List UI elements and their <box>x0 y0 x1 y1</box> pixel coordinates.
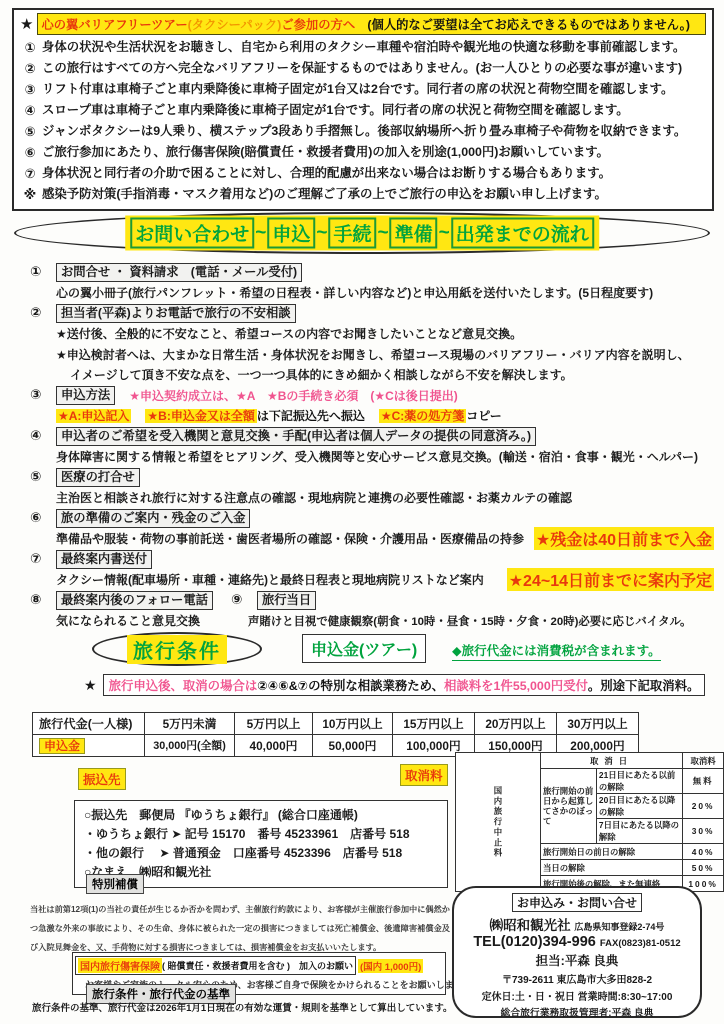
special-compensation-text: 当社は前第12項(1)の当社の責任が生じるか否かを問わず、主催旅行約款により、お… <box>30 900 450 957</box>
cancellation-fee-table: 国内旅行中止料 取消日 取消料 旅行開始の前日から起算してさかのぼって 21日目… <box>455 752 724 892</box>
flow-step-5: ⑤医療の打合せ <box>30 467 718 488</box>
step-number: ③ <box>30 387 56 403</box>
item-text: 感染予防対策(手指消毒・マスク着用など)のご理解ご了承の上でご旅行の申込をお願い… <box>42 184 607 205</box>
cancel-notice-p4: 。別途下記取消料。 <box>588 679 700 693</box>
step-text: 声賭けと目視で健康観察(朝食・10時・昼食・15時・夕食・20時)必要に応じバイ… <box>248 613 691 629</box>
flow-step-4: ④申込者のご希望を受入機関と意見交換・手配(申込者は個人データの提供の同意済み。… <box>30 426 718 447</box>
cancel-when-cell: 20日目にあたる以降の解除 <box>596 794 682 819</box>
banner-seg-prepare: 準備 <box>390 218 438 249</box>
item-text: 身体の状況や生活状況をお聴きし、自宅から利用のタクシー車種や宿泊時や観光地の快適… <box>42 37 685 58</box>
step-note: ★申込契約成立は、★A ★Bの手続き必須 (★Cは後日提出) <box>129 387 458 404</box>
transfer-line: ○振込先 郵便局 『ゆうちょ銀行』 (総合口座通帳) <box>84 806 438 825</box>
cancel-notice-text: 旅行申込後、取消の場合は②④⑥&⑦の特別な相談業務ため、相談料を1件55,000… <box>103 674 706 696</box>
item-text: 身体状況と同行者の介助で困ることに対し、合理的配慮が出来ない場合はお断りする場合… <box>42 163 611 184</box>
tag-c: ★C:薬の処方箋 <box>379 409 466 423</box>
step-text: 心の翼小冊子(旅行パンフレット・希望の日程表・詳しい内容など)と申込用紙を送付い… <box>56 284 653 301</box>
cancel-when-cell: 旅行開始日の前日の解除 <box>541 844 683 860</box>
step-heading: 旅の準備のご案内・残金のご入金 <box>56 509 250 528</box>
flow-step-1: ①お問合せ ・ 資料請求 (電話・メール受付) <box>30 262 718 283</box>
notice-item: ⑥ご旅行参加にあたり、旅行傷害保険(賠償責任・救援者費用)の加入を別途(1,00… <box>18 142 706 163</box>
item-number: ⑥ <box>18 142 42 163</box>
top-title-row: ★ 心の翼バリアフリーツアー(タクシーパック)ご参加の方へ (個人的なご要望は全… <box>18 13 706 35</box>
phone-number: TEL(0120)394-996 <box>473 934 596 950</box>
fee-row-label-cell: 申込金 <box>33 735 145 757</box>
banner-strip: お問い合わせ ~ 申込 ~ 手続 ~ 準備 ~ 出発までの流れ <box>125 216 599 251</box>
cancel-group-label: 旅行開始の前日から起算してさかのぼって <box>541 769 597 844</box>
step-number: ⑦ <box>30 551 56 567</box>
step-number: ④ <box>30 428 56 444</box>
item-number: ① <box>18 37 42 58</box>
banner-separator: ~ <box>377 222 390 244</box>
fee-header-cell: 15万円以上 <box>393 713 475 735</box>
flow-step-7: ⑦最終案内書送付 <box>30 549 718 570</box>
fee-header-cell: 30万円以上 <box>557 713 639 735</box>
cancel-fee-cell: 無料 <box>683 769 724 794</box>
application-fee-chip: 申込金 <box>39 738 85 754</box>
cancel-date-header: 取消日 <box>541 753 683 769</box>
step-text: 身体障害に関する情報と希望をヒアリング、受入機関等と安心サービス意見交換。(輸送… <box>56 448 698 465</box>
fee-header-cell: 旅行代金(一人様) <box>33 713 145 735</box>
step-text: タクシー情報(配車場所・車種・連絡先)と最終日程表と現地病院リストなど案内 <box>56 571 484 588</box>
step-heading: 最終案内後のフォロー電話 <box>56 591 213 610</box>
contact-box: お申込み・お問い合せ ㈱昭和観光社 広島県知事登録2-74号 TEL(0120)… <box>452 886 702 1018</box>
flow-step-3-content: ★A:申込記入★B:申込金又は全額は下記振込先へ振込★C:薬の処方箋コピー <box>30 406 718 427</box>
cancel-notice-p1: 旅行申込後、取消の場合は <box>109 679 258 693</box>
top-title-tail: ご参加の方へ <box>281 18 355 32</box>
item-number: ④ <box>18 100 42 121</box>
flow-step-8-9: ⑧最終案内後のフォロー電話⑨旅行当日 <box>30 590 718 611</box>
insurance-label-chip: 国内旅行傷害保険 <box>78 958 162 973</box>
fee-header-cell: 5万円未満 <box>145 713 235 735</box>
tag-c-rest: コピー <box>466 409 502 423</box>
deadline-highlight: ★24~14日前までに案内予定 <box>507 568 714 591</box>
deadline-highlight: ★残金は40日前まで入金 <box>534 527 714 550</box>
business-hours: 定休日:土・日・祝日 営業時間:8:30~17:00 <box>462 988 692 1003</box>
step-number: ⑤ <box>30 469 56 485</box>
flow-step-2-content: ★申込検討者へは、大まかな日常生活・身体状況をお聞きし、希望コース現場のバリアフ… <box>30 344 718 365</box>
company-name: ㈱昭和観光社 <box>490 918 571 933</box>
top-notice-box: ★ 心の翼バリアフリーツアー(タクシーパック)ご参加の方へ (個人的なご要望は全… <box>12 8 714 211</box>
cancel-fee-cell: 50% <box>683 860 724 876</box>
fee-value-cell: 30,000円(全額) <box>145 735 235 757</box>
fax-number: FAX(0823)81-0512 <box>600 938 681 949</box>
banner-separator: ~ <box>438 222 451 244</box>
cancel-fee-header: 取消料 <box>683 753 724 769</box>
tax-included-note: ◆旅行代金には消費税が含まれます。 <box>452 641 661 661</box>
flow-step-2-content: ★送付後、全般的に不安なこと、希望コースの内容でお聞きしたいことなど意見交換。 <box>30 324 718 345</box>
fee-table-header-row: 旅行代金(一人様) 5万円未満 5万円以上 10万円以上 15万円以上 20万円… <box>33 713 639 735</box>
flow-step-1-content: 心の翼小冊子(旅行パンフレット・希望の日程表・詳しい内容など)と申込用紙を送付い… <box>30 283 718 304</box>
travel-manager: 総合旅行業務取扱管理者:平森 良典 <box>462 1005 692 1019</box>
flow-step-2-content: イメージして頂き不安な点を、一つ一つ具体的にきめ細かく相談しながら不安を解決しま… <box>30 365 718 386</box>
item-text: ご旅行参加にあたり、旅行傷害保険(賠償責任・救援者費用)の加入を別途(1,000… <box>42 142 609 163</box>
step-heading: 申込者のご希望を受入機関と意見交換・手配(申込者は個人データの提供の同意済み。) <box>56 427 536 446</box>
flow-step-8-9-content: 気になられること意見交換声賭けと目視で健康観察(朝食・10時・昼食・15時・夕食… <box>30 611 718 632</box>
flyer-page: ★ 心の翼バリアフリーツアー(タクシーパック)ご参加の方へ (個人的なご要望は全… <box>0 0 724 1024</box>
fee-value-cell: 40,000円 <box>235 735 313 757</box>
fare-basis-text: 旅行条件の基準、旅行代金は2026年1月1日現在の有効な運賃・規則を基準として算… <box>32 1000 452 1014</box>
star-icon: ★ <box>84 677 97 694</box>
top-title: 心の翼バリアフリーツアー(タクシーパック)ご参加の方へ (個人的なご要望は全てお… <box>37 13 706 35</box>
flow-step-4-content: 身体障害に関する情報と希望をヒアリング、受入機関等と安心サービス意見交換。(輸送… <box>30 447 718 468</box>
top-title-main: 心の翼バリアフリーツアー <box>41 18 187 32</box>
step-text: ★送付後、全般的に不安なこと、希望コースの内容でお聞きしたいことなど意見交換。 <box>56 325 522 342</box>
transfer-line: ・他の銀行 ➤ 普通預金 口座番号 4523396 店番号 518 <box>84 844 438 863</box>
step-heading: 申込方法 <box>56 386 115 405</box>
cancel-when-cell: 21日目にあたる以前の解除 <box>596 769 682 794</box>
cancel-fee-cell: 40% <box>683 844 724 860</box>
flow-step-6-content: 準備品や服装・荷物の事前託送・歯医者場所の確認・保険・介護用品・医療備品の持参★… <box>30 529 718 550</box>
flow-step-5-content: 主治医と相談され旅行に対する注意点の確認・現地病院と連携の必要性確認・お薬カルテ… <box>30 488 718 509</box>
star-icon: ★ <box>20 15 33 33</box>
travel-conditions-ellipse: 旅行条件 <box>92 632 262 666</box>
domestic-cancel-side-label: 国内旅行中止料 <box>456 753 541 892</box>
fee-table: 旅行代金(一人様) 5万円未満 5万円以上 10万円以上 15万円以上 20万円… <box>32 712 639 757</box>
cancel-notice: ★ 旅行申込後、取消の場合は②④⑥&⑦の特別な相談業務ため、相談料を1件55,0… <box>84 674 705 696</box>
application-fee-label: 申込金(ツアー) <box>302 634 426 663</box>
fee-header-cell: 10万円以上 <box>313 713 393 735</box>
notice-item: ⑦身体状況と同行者の介助で困ることに対し、合理的配慮が出来ない場合はお断りする場… <box>18 163 706 184</box>
cancel-fee-cell: 30% <box>683 819 724 844</box>
insurance-fee-chip: (国内 1,000円) <box>358 959 423 973</box>
cancel-fee-cell: 20% <box>683 794 724 819</box>
fee-value-cell: 50,000円 <box>313 735 393 757</box>
flow-step-6: ⑥旅の準備のご案内・残金のご入金 <box>30 508 718 529</box>
tag-b: ★B:申込金又は全額 <box>145 409 256 423</box>
step-number: ⑧ <box>30 592 56 608</box>
flow-step-7-content: タクシー情報(配車場所・車種・連絡先)と最終日程表と現地病院リストなど案内★24… <box>30 570 718 591</box>
insurance-mid-text: ( 賠償責任・救援者費用を含む ) 加入のお願い <box>162 959 353 972</box>
transfer-line: ・ゆうちょ銀行 ➤ 記号 15170 番号 45233961 店番号 518 <box>84 825 438 844</box>
banner-separator: ~ <box>315 222 328 244</box>
step-number: ② <box>30 305 56 321</box>
item-text: スロープ車は車椅子ごと車内乗降後に車椅子固定が1台です。同行者の席の状況と荷物空… <box>42 100 629 121</box>
contact-address: 〒739-2611 東広島市大多田828-2 <box>462 971 692 986</box>
tag-a: ★A:申込記入 <box>56 409 131 423</box>
notice-item: ③リフト付車は車椅子ごと車内乗降後に車椅子固定が1台又は2台です。同行者の席の状… <box>18 79 706 100</box>
banner-seg-departure: 出発までの流れ <box>451 218 594 249</box>
item-number: ※ <box>18 184 42 205</box>
flow-steps: ①お問合せ ・ 資料請求 (電話・メール受付) 心の翼小冊子(旅行パンフレット・… <box>30 262 718 631</box>
insurance-line1: 国内旅行傷害保険( 賠償責任・救援者費用を含む ) 加入のお願い (国内 1,0… <box>75 956 441 975</box>
insurance-inner-box: 国内旅行傷害保険( 賠償責任・救援者費用を含む ) 加入のお願い <box>75 956 356 975</box>
contact-tel-row: TEL(0120)394-996 FAX(0823)81-0512 <box>462 934 692 950</box>
step-text: ★申込検討者へは、大まかな日常生活・身体状況をお聞きし、希望コース現場のバリアフ… <box>56 346 690 363</box>
notice-item: ②この旅行はすべての方へ完全なバリアフリーを保証するものではありません。(お一人… <box>18 58 706 79</box>
step-text: 準備品や服装・荷物の事前託送・歯医者場所の確認・保険・介護用品・医療備品の持参 <box>56 530 524 547</box>
step-heading: 旅行当日 <box>257 591 316 610</box>
banner-separator: ~ <box>254 222 267 244</box>
tag-b-rest: は下記振込先へ振込 <box>257 409 365 423</box>
special-compensation-label: 特別補償 <box>86 874 144 894</box>
flow-step-3: ③申込方法★申込契約成立は、★A ★Bの手続き必須 (★Cは後日提出) <box>30 385 718 406</box>
fee-header-cell: 20万円以上 <box>475 713 557 735</box>
step-text: 気になられること意見交換 <box>56 612 234 629</box>
step-heading: 担当者(平森)よりお電話で旅行の不安相談 <box>56 304 296 323</box>
flow-step-2: ②担当者(平森)よりお電話で旅行の不安相談 <box>30 303 718 324</box>
travel-conditions-label: 旅行条件 <box>127 635 227 664</box>
registration-number: 広島県知事登録2-74号 <box>574 922 664 932</box>
item-number: ⑦ <box>18 163 42 184</box>
step-number: ① <box>30 264 56 280</box>
cancel-when-cell: 当日の解除 <box>541 860 683 876</box>
step-heading: お問合せ ・ 資料請求 (電話・メール受付) <box>56 263 302 282</box>
item-number: ⑤ <box>18 121 42 142</box>
step-heading: 医療の打合せ <box>56 468 140 487</box>
top-title-note: (個人的なご要望は全てお応えできるものではありません。) <box>355 18 690 32</box>
step-heading: 最終案内書送付 <box>56 550 152 569</box>
top-title-taxi-pack: (タクシーパック) <box>188 18 282 32</box>
cancel-notice-p2: ②④⑥&⑦の特別な相談業務ため、 <box>257 679 444 693</box>
contact-company-row: ㈱昭和観光社 広島県知事登録2-74号 <box>462 914 692 934</box>
travel-conditions-row: 旅行条件 申込金(ツアー) ◆旅行代金には消費税が含まれます。 <box>0 632 724 666</box>
notice-item: ※感染予防対策(手指消毒・マスク着用など)のご理解ご了承の上でご旅行の申込をお願… <box>18 184 706 205</box>
step-number: ⑥ <box>30 510 56 526</box>
cancel-when-cell: 7日目にあたる以降の解除 <box>596 819 682 844</box>
step-number: ⑨ <box>231 592 257 608</box>
item-text: ジャンボタクシーは9人乗り、横ステップ3段あり手摺無し。後部収納場所へ折り畳み車… <box>42 121 686 142</box>
transfer-label-chip: 振込先 <box>78 768 126 790</box>
step-tags: ★A:申込記入★B:申込金又は全額は下記振込先へ振込★C:薬の処方箋コピー <box>56 407 502 424</box>
cancel-notice-p3: 相談料を1件55,000円受付 <box>444 679 588 693</box>
notice-item: ①身体の状況や生活状況をお聴きし、自宅から利用のタクシー車種や宿泊時や観光地の快… <box>18 37 706 58</box>
step-text: イメージして頂き不安な点を、一つ一つ具体的にきめ細かく相談しながら不安を解決しま… <box>70 366 573 383</box>
cancel-fee-label-chip: 取消料 <box>400 764 448 786</box>
contact-person: 担当:平森 良典 <box>462 951 692 969</box>
fee-header-cell: 5万円以上 <box>235 713 313 735</box>
item-number: ② <box>18 58 42 79</box>
notice-item: ⑤ジャンボタクシーは9人乗り、横ステップ3段あり手摺無し。後部収納場所へ折り畳み… <box>18 121 706 142</box>
step-text: 主治医と相談され旅行に対する注意点の確認・現地病院と連携の必要性確認・お薬カルテ… <box>56 489 572 506</box>
cancel-table-header-row: 国内旅行中止料 取消日 取消料 <box>456 753 724 769</box>
contact-title: お申込み・お問い合せ <box>512 893 642 912</box>
item-number: ③ <box>18 79 42 100</box>
notice-item: ④スロープ車は車椅子ごと車内乗降後に車椅子固定が1台です。同行者の席の状況と荷物… <box>18 100 706 121</box>
banner-seg-procedure: 手続 <box>328 218 376 249</box>
flow-banner: お問い合わせ ~ 申込 ~ 手続 ~ 準備 ~ 出発までの流れ <box>14 212 710 254</box>
item-text: リフト付車は車椅子ごと車内乗降後に車椅子固定が1台又は2台です。同行者の席の状況… <box>42 79 673 100</box>
banner-seg-apply: 申込 <box>267 218 315 249</box>
item-text: この旅行はすべての方へ完全なバリアフリーを保証するものではありません。(お一人ひ… <box>42 58 682 79</box>
banner-seg-contact: お問い合わせ <box>130 218 254 249</box>
